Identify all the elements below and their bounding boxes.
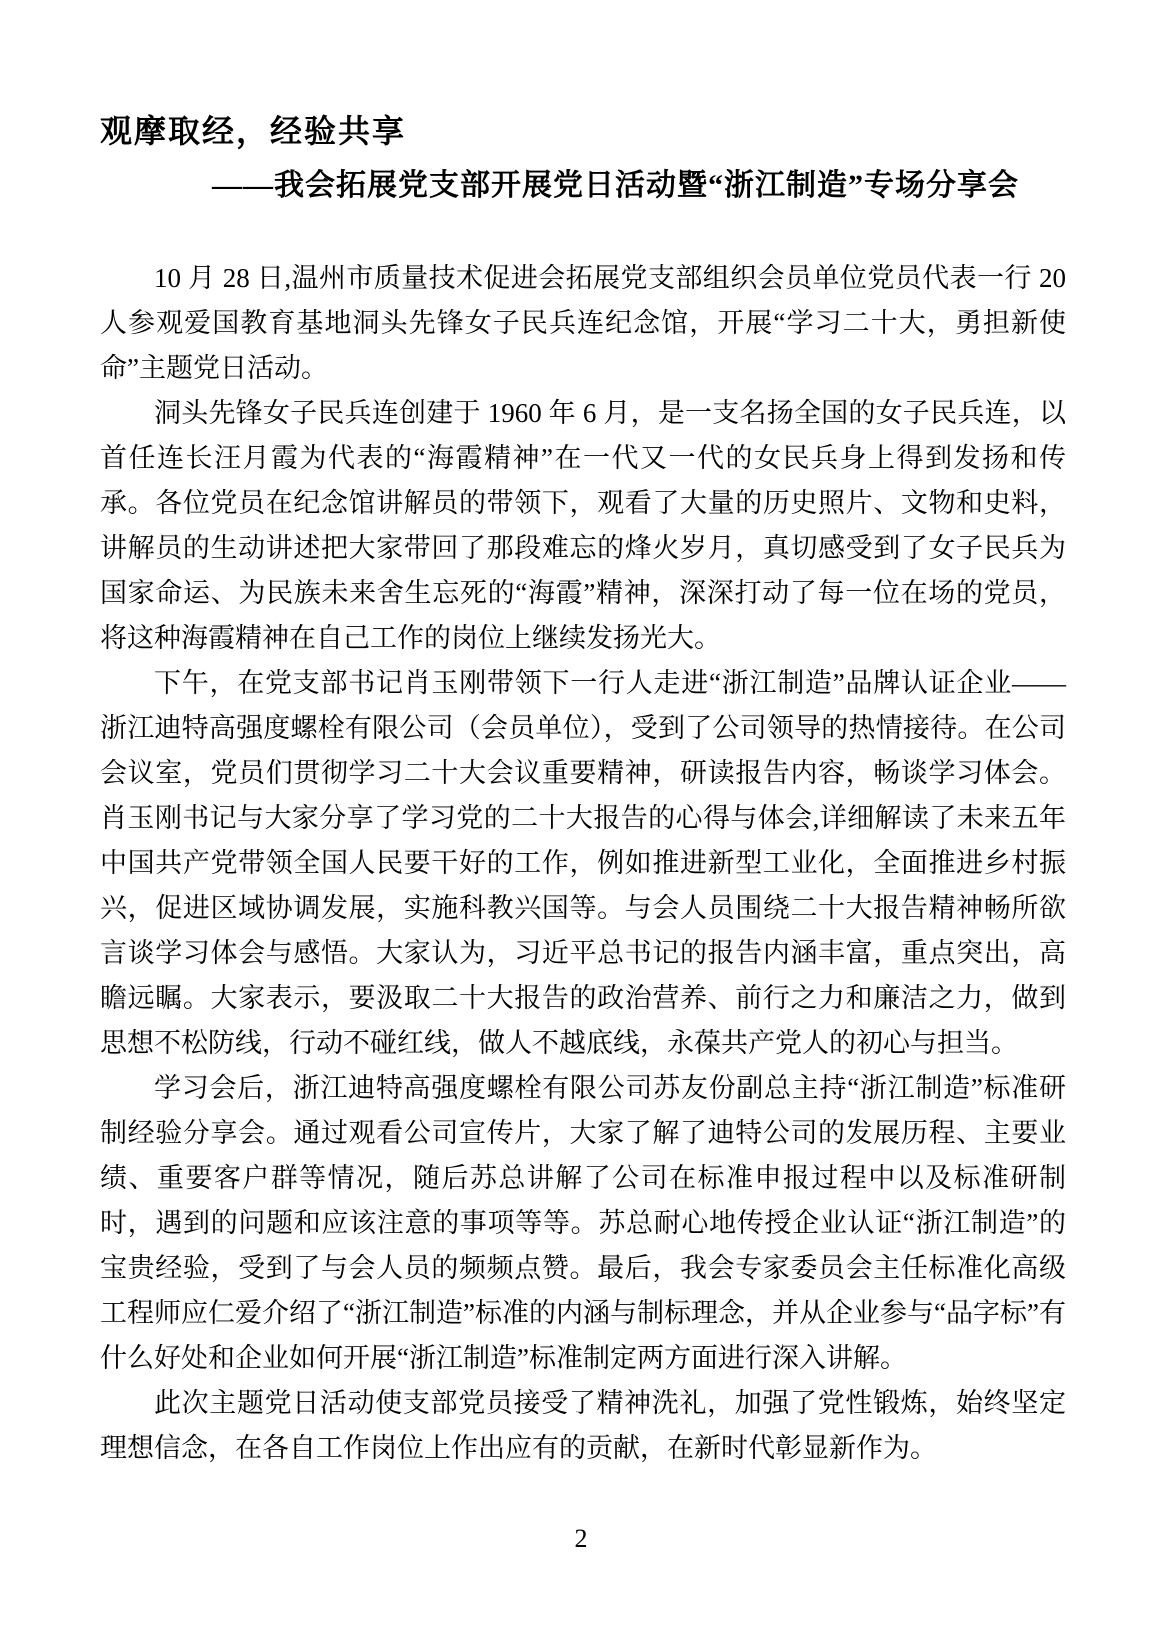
document-body: 10 月 28 日,温州市质量技术促进会拓展党支部组织会员单位党员代表一行 20… <box>100 256 1066 1471</box>
paragraph-1: 10 月 28 日,温州市质量技术促进会拓展党支部组织会员单位党员代表一行 20… <box>100 256 1066 391</box>
page-number: 2 <box>0 1524 1162 1554</box>
paragraph-5: 此次主题党日活动使支部党员接受了精神洗礼，加强了党性锻炼，始终坚定理想信念，在各… <box>100 1381 1066 1471</box>
document-title: 观摩取经，经验共享 <box>100 106 406 152</box>
paragraph-3: 下午，在党支部书记肖玉刚带领下一行人走进“浙江制造”品牌认证企业——浙江迪特高强… <box>100 661 1066 1066</box>
paragraph-4: 学习会后，浙江迪特高强度螺栓有限公司苏友份副总主持“浙江制造”标准研制经验分享会… <box>100 1066 1066 1381</box>
document-page: 观摩取经，经验共享 ——我会拓展党支部开展党日活动暨“浙江制造”专场分享会 10… <box>0 0 1162 1646</box>
paragraph-2: 洞头先锋女子民兵连创建于 1960 年 6 月，是一支名扬全国的女子民兵连，以首… <box>100 391 1066 661</box>
document-subtitle: ——我会拓展党支部开展党日活动暨“浙江制造”专场分享会 <box>212 160 1019 204</box>
